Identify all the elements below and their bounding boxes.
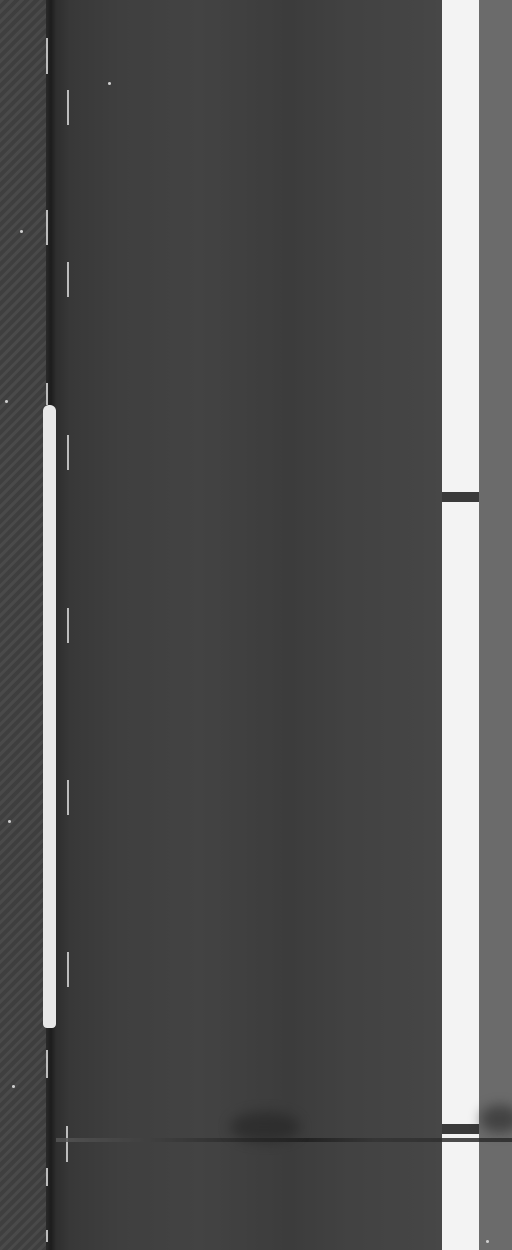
debris-speck xyxy=(12,1085,15,1088)
debris-speck xyxy=(108,82,111,85)
guide-mark xyxy=(46,1168,48,1186)
guide-mark xyxy=(46,1230,48,1242)
debris-speck xyxy=(5,400,8,403)
right-edge-line-segment-1 xyxy=(442,0,479,492)
guide-mark xyxy=(46,1050,48,1078)
right-line-gap-1 xyxy=(442,492,479,502)
guide-mark xyxy=(67,90,69,125)
guide-mark xyxy=(66,1126,68,1162)
debris-speck xyxy=(8,820,11,823)
guide-mark xyxy=(67,262,69,297)
guide-mark xyxy=(46,383,48,405)
guide-mark xyxy=(46,210,48,245)
surface-stain xyxy=(480,1105,512,1133)
guide-mark xyxy=(67,952,69,987)
debris-speck xyxy=(486,1240,489,1243)
right-edge-line-segment-3 xyxy=(442,1134,479,1250)
guide-mark xyxy=(67,608,69,643)
surface-stain xyxy=(230,1112,300,1142)
left-lane-line xyxy=(43,405,56,1028)
right-line-gap-2 xyxy=(442,1124,479,1134)
road-surface xyxy=(0,0,512,1250)
right-edge-line-segment-2 xyxy=(442,502,479,1124)
left-shoulder xyxy=(0,0,46,1250)
debris-speck xyxy=(20,230,23,233)
guide-mark xyxy=(67,435,69,470)
right-shoulder xyxy=(479,0,512,1250)
guide-mark xyxy=(46,38,48,74)
guide-mark xyxy=(67,780,69,815)
